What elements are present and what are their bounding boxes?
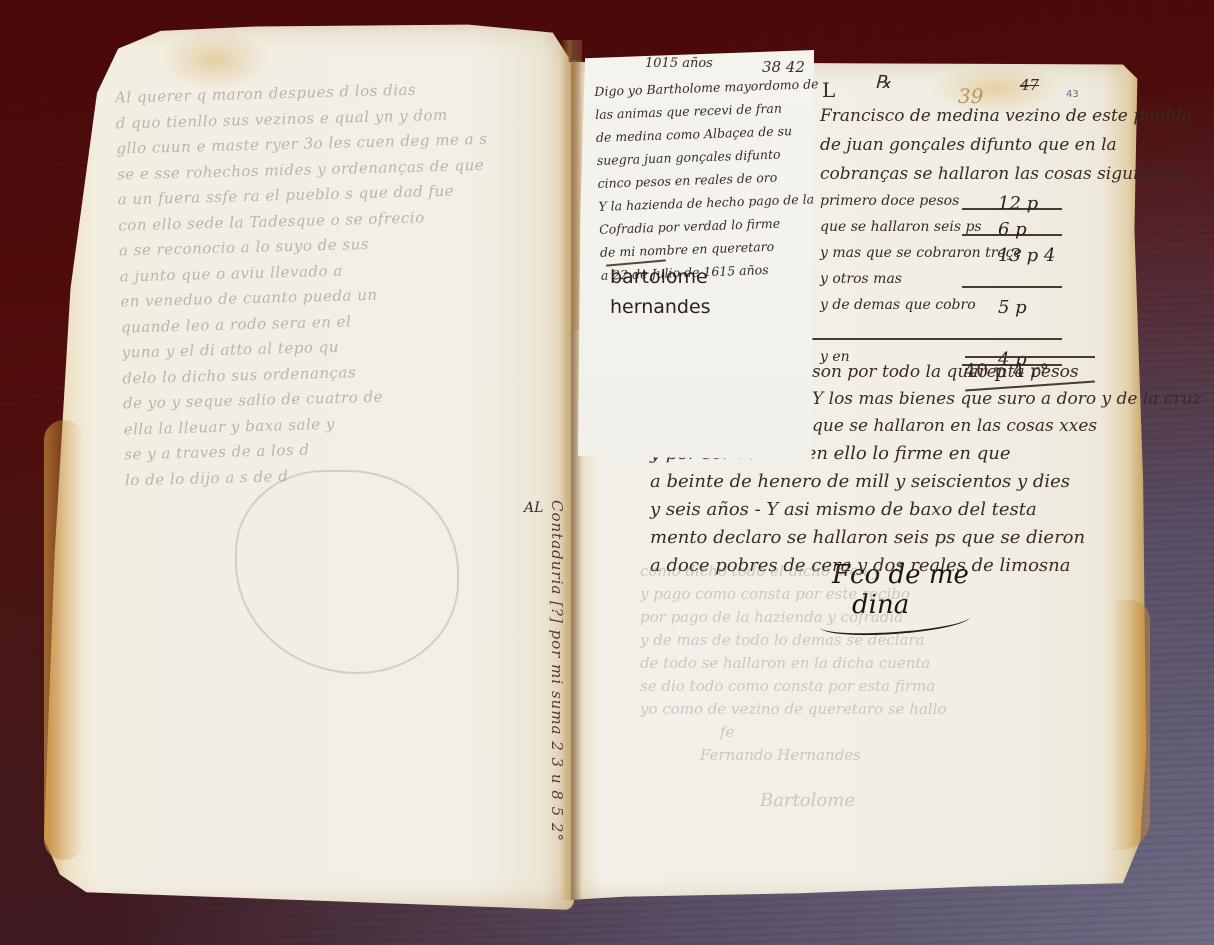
- signature-line: hernandes: [610, 292, 711, 322]
- ghost-line: y pago como consta por este recibo: [640, 583, 1020, 606]
- bleed-through-signature: Bartolome: [760, 790, 855, 811]
- bleed-through-text: [588, 470, 628, 770]
- ghost-line: de todo se hallaron en la dicha cuenta: [640, 652, 1020, 675]
- ledger-list: primero doce pesos 12 p que se hallaron …: [812, 193, 1092, 375]
- ghost-line: y de mas de todo lo demas se declara: [640, 629, 1020, 652]
- ledger-row: primero doce pesos 12 p: [812, 193, 1092, 219]
- ledger-item: y de demas que cobro: [820, 297, 976, 313]
- body-text: Y los mas bienes que suro a doro y de la…: [812, 386, 1201, 440]
- ledger-item: y mas que se cobraron treçe: [820, 245, 1022, 261]
- signature-line: bartolome: [610, 262, 711, 292]
- ledger-amount: 5 p: [998, 297, 1027, 318]
- ledger-rule: [812, 338, 1062, 340]
- text-line: Francisco de medina vezino de este puebl…: [820, 102, 1192, 131]
- folio-number-pencil: 43: [1066, 89, 1079, 100]
- text-line: que se hallaron en las cosas xxes: [812, 413, 1201, 440]
- left-page-bleed-through-text: Al querer q maron despues d los dias d q…: [115, 75, 546, 494]
- text-line: Y los mas bienes que suro a doro y de la…: [812, 386, 1201, 413]
- slip-signature: bartolome hernandes: [610, 262, 711, 322]
- ledger-amount: 6 p: [998, 219, 1027, 240]
- ledger-item: que se hallaron seis ps: [820, 219, 982, 235]
- ledger-amount: 12 p: [998, 193, 1038, 214]
- ledger-row: y otros mas: [812, 271, 1092, 297]
- ledger-row: [812, 323, 1092, 349]
- total-rule: [965, 356, 1095, 358]
- text-line: cobranças se hallaron las cosas siguient…: [820, 160, 1192, 189]
- ghost-line: por pago de la hazienda y cofradia: [640, 606, 1020, 629]
- symbol-mark: ℞: [875, 72, 891, 93]
- page-marker: L: [822, 78, 835, 102]
- ghost-line: como dicho todo el dicho bien y: [640, 560, 1020, 583]
- ledger-item: primero doce pesos: [820, 193, 959, 209]
- edge-stain: [1110, 600, 1150, 850]
- edge-stain: [44, 420, 84, 860]
- ghost-line: Fernando Hernandes: [640, 744, 1020, 767]
- ghost-line: yo como de vezino de queretaro se hallo: [640, 698, 1020, 721]
- text-line: y seis años - Y asi mismo de baxo del te…: [650, 496, 1085, 524]
- ghost-line: se dio todo como consta por esta firma: [640, 675, 1020, 698]
- ledger-row: que se hallaron seis ps 6 p: [812, 219, 1092, 245]
- text-line: de juan gonçales difunto que en la: [820, 131, 1192, 160]
- text-line: mento declaro se hallaron seis ps que se…: [650, 524, 1085, 552]
- ledger-rule: [962, 286, 1062, 288]
- slip-header: 1015 años: [645, 56, 713, 71]
- slip-text: Digo yo Bartholome mayordomo de las anim…: [594, 72, 825, 287]
- margin-mark: AL: [524, 500, 543, 516]
- ledger-amount: 13 p 4: [998, 245, 1055, 266]
- ledger-item: y otros mas: [820, 271, 902, 287]
- closing-paragraph: y por ser verdad en ello lo firme en que…: [650, 440, 1085, 580]
- total-amount: 40 p 4 r°: [964, 360, 1049, 382]
- heading-text: Francisco de medina vezino de este puebl…: [820, 102, 1192, 189]
- ghost-line: fe: [640, 721, 1020, 744]
- ledger-row: y de demas que cobro 5 p: [812, 297, 1092, 323]
- ledger-row: y mas que se cobraron treçe 13 p 4: [812, 245, 1092, 271]
- folio-number-struck: 47: [1020, 76, 1039, 94]
- text-line: a beinte de henero de mill y seiscientos…: [650, 468, 1085, 496]
- bleed-through-text: como dicho todo el dicho bien y y pago c…: [640, 560, 1020, 767]
